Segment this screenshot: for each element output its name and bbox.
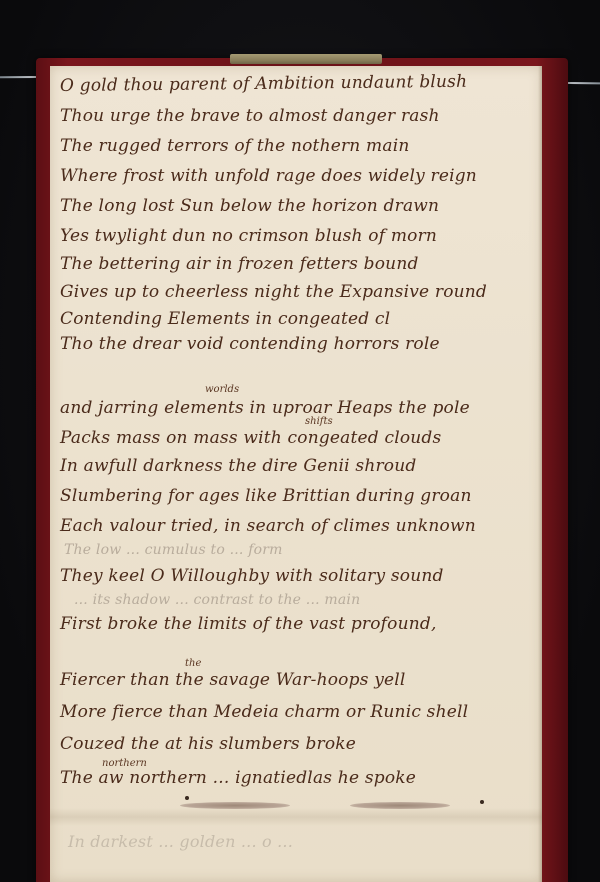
manuscript-line: First broke the limits of the vast profo… xyxy=(60,614,437,634)
manuscript-line: More fierce than Medeia charm or Runic s… xyxy=(60,702,468,722)
interlinear-insert: the xyxy=(185,658,201,669)
binding-stitch xyxy=(180,802,290,809)
manuscript-line: Where frost with unfold rage does widely… xyxy=(60,166,477,186)
manuscript-line: Couzed the at his slumbers broke xyxy=(60,734,356,754)
manuscript-line: In awfull darkness the dire Genii shroud xyxy=(60,456,416,476)
manuscript-line: The bettering air in frozen fetters boun… xyxy=(60,254,419,274)
ink-dot xyxy=(480,800,484,804)
manuscript-line: Each valour tried, in search of climes u… xyxy=(60,516,476,536)
manuscript-line: Gives up to cheerless night the Expansiv… xyxy=(60,282,487,302)
manuscript-line: Yes twylight dun no crimson blush of mor… xyxy=(60,226,437,246)
binding-stitch xyxy=(350,802,450,809)
manuscript-line: Thou urge the brave to almost danger ras… xyxy=(60,106,440,126)
manuscript-line: The long lost Sun below the horizon draw… xyxy=(60,196,439,216)
interlinear-insert: shifts xyxy=(305,416,333,427)
manuscript-line: Tho the drear void contending horrors ro… xyxy=(60,334,440,354)
page-edge-shadow xyxy=(538,66,542,882)
manuscript-line: and jarring elements in uproar Heaps the… xyxy=(60,398,470,418)
manuscript-line: Slumbering for ages like Brittian during… xyxy=(60,486,472,506)
ink-dot xyxy=(185,796,189,800)
manuscript-line: Contending Elements in congeated cl xyxy=(60,309,390,329)
manuscript-line: The aw northern ... ignatiedlas he spoke xyxy=(60,768,416,788)
manuscript-line: Fiercer than the savage War-hoops yell xyxy=(60,670,406,690)
faint-next-page-text: In darkest ... golden ... o ... xyxy=(68,832,293,851)
page-fold xyxy=(50,808,542,826)
pencil-line: ... its shadow ... contrast to the ... m… xyxy=(74,592,360,608)
manuscript-page: O gold thou parent of Ambition undaunt b… xyxy=(50,66,542,882)
pencil-line: The low ... cumulus to ... form xyxy=(64,542,283,558)
manuscript-line: They keel O Willoughby with solitary sou… xyxy=(60,566,444,586)
manuscript-line: The rugged terrors of the nothern main xyxy=(60,136,410,156)
manuscript-line: Packs mass on mass with congeated clouds xyxy=(60,428,441,448)
notebook-metal-clasp xyxy=(230,54,382,64)
manuscript-line: O gold thou parent of Ambition undaunt b… xyxy=(60,72,467,96)
interlinear-insert: worlds xyxy=(205,384,239,395)
